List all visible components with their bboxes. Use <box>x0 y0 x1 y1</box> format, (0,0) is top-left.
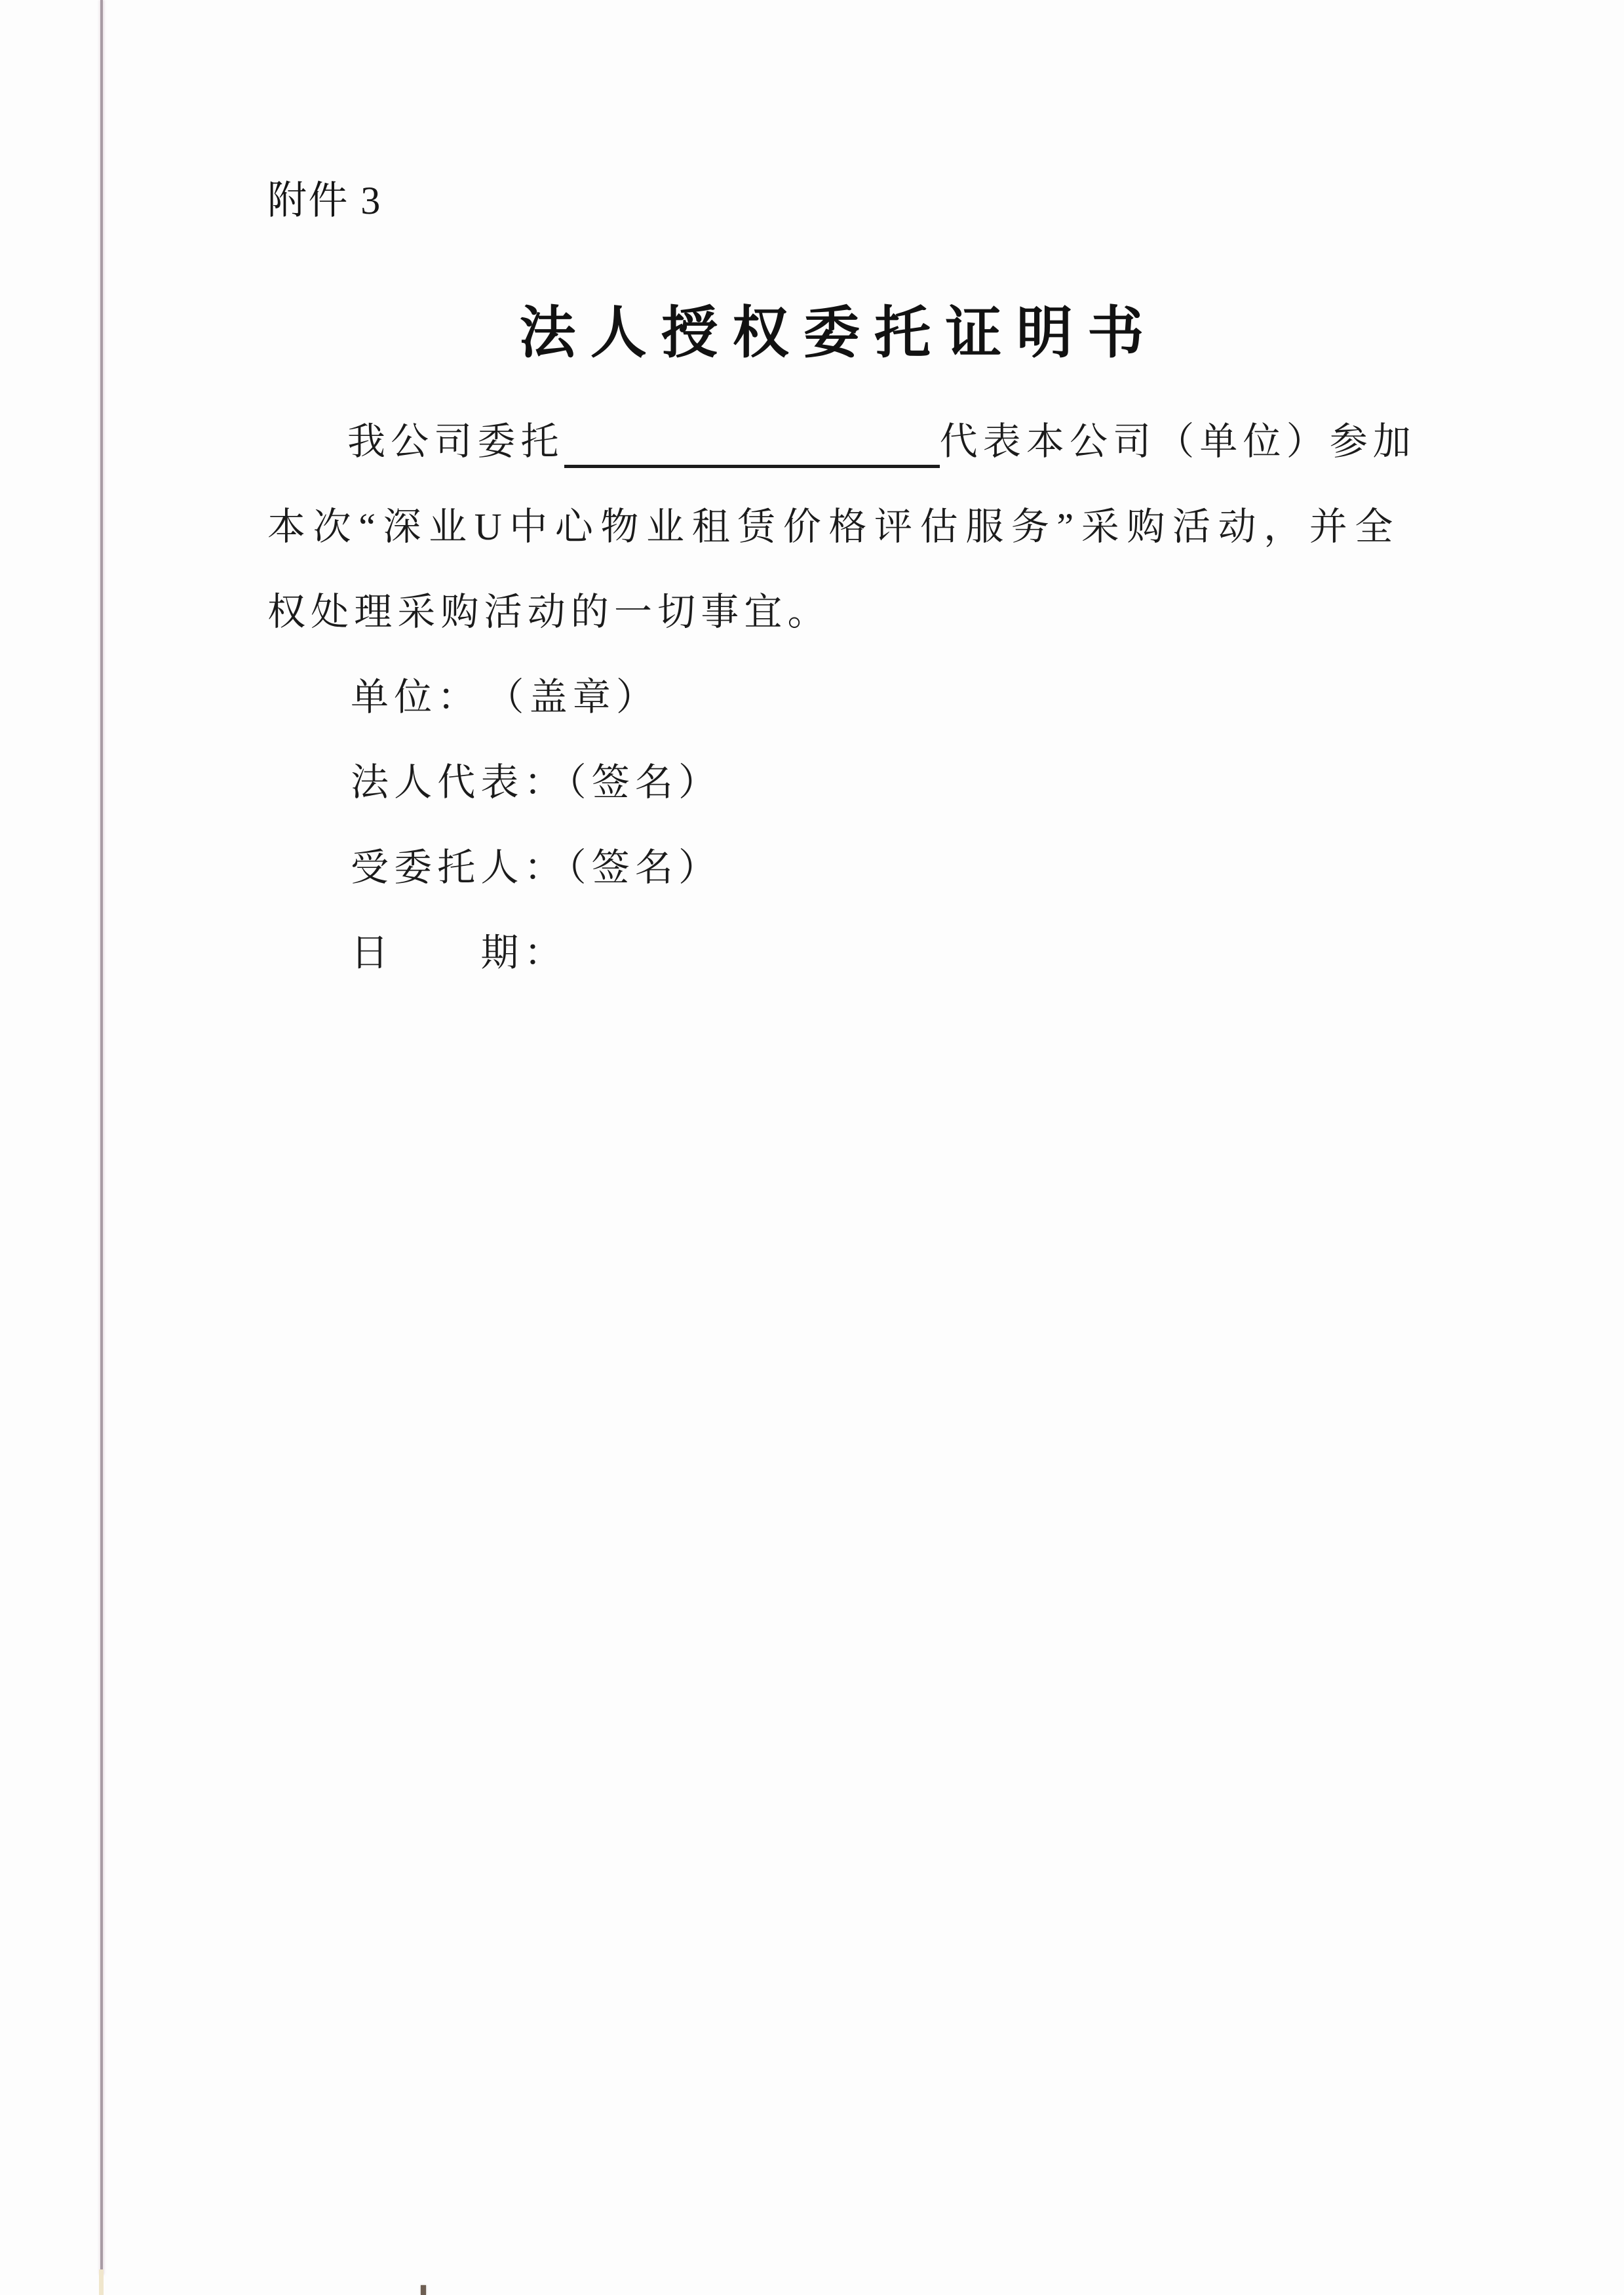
page-edge-line <box>100 0 103 2275</box>
delegate-name-blank <box>564 427 940 468</box>
line1-post-text: 代表本公司（单位）参加 <box>940 420 1416 463</box>
signature-unit-line: 单位： （盖章） <box>351 674 659 722</box>
paragraph-line-2: 本次“深业U中心物业租赁价格评估服务”采购活动，并全 <box>267 503 1401 551</box>
attachment-label: 附件 3 <box>267 177 382 224</box>
signature-date-line: 日 期： <box>351 930 568 977</box>
document-title: 法人授权委托证明书 <box>269 298 1409 369</box>
signature-legal-rep-line: 法人代表：（签名） <box>351 759 722 807</box>
paragraph-line-3: 权处理采购活动的一切事宜。 <box>267 589 831 637</box>
signature-authorized-person-line: 受委托人：（签名） <box>351 844 722 892</box>
scan-artifact-tick <box>421 2285 426 2295</box>
line1-pre-text: 我公司委托 <box>347 420 564 463</box>
document-page: 附件 3 法人授权委托证明书 我公司委托代表本公司（单位）参加 本次“深业U中心… <box>0 0 1624 2295</box>
page-edge-line-foot <box>99 2269 104 2295</box>
paragraph-line-1: 我公司委托代表本公司（单位）参加 <box>347 418 1416 466</box>
